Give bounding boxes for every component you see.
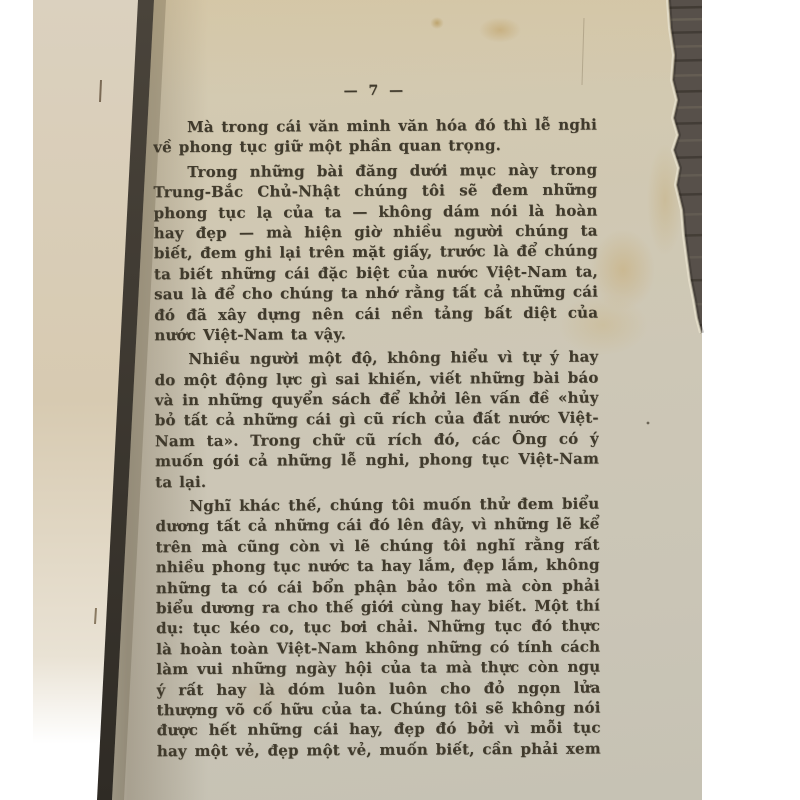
text-line: ta lại. <box>155 469 599 492</box>
text-line: hay một vẻ, đẹp một vẻ, muốn biết, cần p… <box>157 738 601 761</box>
text-line: sau là để cho chúng ta nhớ rằng tất cả n… <box>154 282 598 305</box>
paragraph: Mà trong cái văn minh văn hóa đó thì lễ … <box>153 115 597 158</box>
text-line: nước Việt-Nam ta vậy. <box>154 322 598 345</box>
paragraph: Nghĩ khác thế, chúng tôi muốn thử đem bi… <box>155 494 601 762</box>
text-line: Nhiều người một độ, không hiểu vì tự ý h… <box>154 347 598 370</box>
text-block: Mà trong cái văn minh văn hóa đó thì lễ … <box>153 115 601 766</box>
text-line: nhiều phong tục nước ta hay lắm, đẹp lắm… <box>156 555 600 578</box>
text-line: biểu dương ra cho thế giới cùng hay biết… <box>156 596 600 619</box>
screenshot-root: — 7 — Mà trong cái văn minh văn hóa đó t… <box>0 0 800 800</box>
text-line: Trung-Bắc Chủ-Nhật chúng tôi sẽ đem nhữn… <box>153 180 597 203</box>
text-line: thượng võ cố hữu của ta. Chúng tôi sẽ kh… <box>157 697 601 720</box>
text-line: ý rất hay là dóm luôn luôn cho đỏ ngọn l… <box>156 677 600 700</box>
text-line: Nam ta». Trong chữ cũ rích đó, các Ông c… <box>155 428 599 451</box>
text-line: Mà trong cái văn minh văn hóa đó thì lễ … <box>153 115 597 138</box>
text-line: do một động lực gì sai khiến, viết những… <box>155 367 599 390</box>
text-line: Nghĩ khác thế, chúng tôi muốn thử đem bi… <box>155 494 599 517</box>
text-line: Trong những bài đăng dưới mục này trong <box>153 159 597 182</box>
printed-text-layer: — 7 — Mà trong cái văn minh văn hóa đó t… <box>152 0 601 800</box>
text-line: và in những quyển sách để khởi lên vấn đ… <box>155 388 599 411</box>
text-line: bỏ tất cả những cái gì cũ rích của đất n… <box>155 408 599 431</box>
text-line: dụ: tục kéo co, tục bơi chải. Những tục … <box>156 616 600 639</box>
paragraph: Trong những bài đăng dưới mục này trongT… <box>153 159 598 345</box>
text-line: làm vui những ngày hội của ta mà thực cò… <box>156 657 600 680</box>
paragraph: Nhiều người một độ, không hiểu vì tự ý h… <box>154 347 599 492</box>
text-line: phong tục lạ của ta — không dám nói là h… <box>154 200 598 223</box>
text-line: dương tất cả những cái đó lên đây, vì nh… <box>155 514 599 537</box>
text-line: là hoàn toàn Việt-Nam không những có tín… <box>156 636 600 659</box>
text-line: hay đẹp — mà hiện giờ nhiều người chúng … <box>154 220 598 243</box>
text-line: muốn gói cả những lễ nghi, phong tục Việ… <box>155 449 599 472</box>
text-line: biết, đem ghi lại trên mặt giấy, trước l… <box>154 241 598 264</box>
text-line: về phong tục giữ một phần quan trọng. <box>153 135 597 158</box>
text-line: những ta có cái bổn phận bảo tồn mà còn … <box>156 575 600 598</box>
page-number: — 7 — <box>153 82 597 101</box>
text-line: ta biết những cái đặc biệt của nước Việt… <box>154 261 598 284</box>
text-line: trên mà cũng còn vì lẽ chúng tôi nghĩ rằ… <box>156 534 600 557</box>
text-line: được hết những cái hay, đẹp đó bởi vì mỗ… <box>157 718 601 741</box>
text-line: đó đã xây dựng nên cái nền tảng bất diệt… <box>154 302 598 325</box>
